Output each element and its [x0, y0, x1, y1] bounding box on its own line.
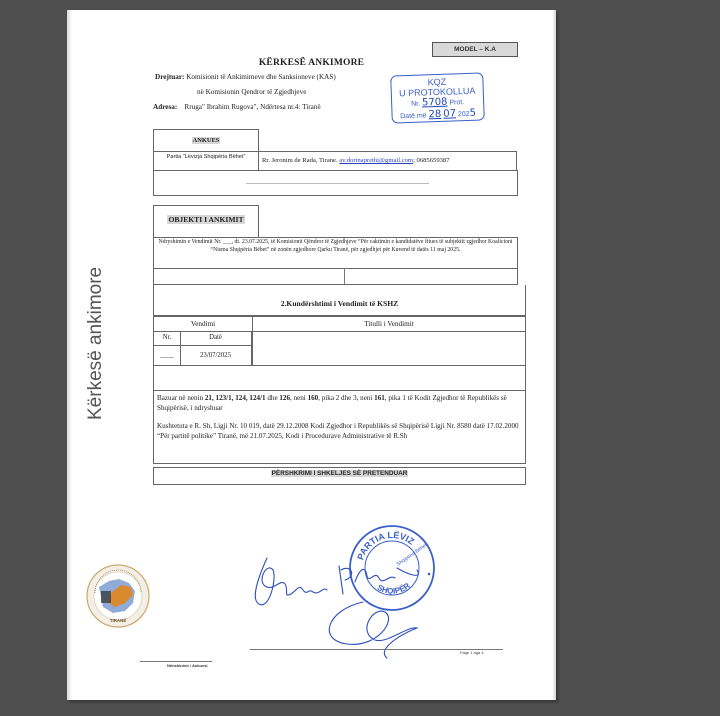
date-header: Datë: [180, 331, 251, 345]
objekti-empty-row: [153, 268, 518, 285]
lb-text: Bazuar në nenin: [157, 394, 205, 402]
lb-text: , pika 2 dhe 3, neni: [318, 394, 374, 402]
nr-value-cell: ____: [153, 346, 181, 366]
date-header-cell: Datë: [180, 331, 252, 346]
stamp-date-label: Datë.më: [400, 112, 427, 120]
lb-articles: 21, 123/1, 124, 124/1: [205, 394, 266, 402]
kqz-logo-icon: TIRANË: [85, 563, 151, 629]
ankues-contact: Rr. Jeronim de Rada, Tirane. av.dorinapr…: [262, 157, 516, 164]
protocol-stamp: KQZ U PROTOKOLLUA Nr. 5708 Prot. Datë.më…: [390, 72, 485, 123]
lb-article: 126: [279, 394, 290, 402]
stamp-date-year: 202: [458, 111, 470, 118]
lb-text: , neni: [290, 394, 308, 402]
pershkrimi-label: PËRSHKRIMI I SHKELJES SË PRETENDUAR: [271, 470, 409, 477]
ankues-contact-cell: Rr. Jeronim de Rada, Tirane. av.dorinapr…: [257, 151, 517, 171]
lb-article: 161: [374, 394, 385, 402]
document-title: KËRKESË ANKIMORE: [67, 58, 556, 68]
stamp-date-day: 28: [428, 109, 441, 120]
page-number: Faqe 1 nga 4: [460, 650, 484, 655]
adresa-label: Adresa:: [153, 103, 177, 111]
ankues-email-link[interactable]: av.dorinaprethi@gmail.com: [339, 157, 413, 164]
adresa-value: Rruga" Ibrahim Rugova", Ndërtesa nr.4: T…: [184, 103, 320, 111]
objekti-text-cell: Ndryshimin e Vendimit Nr. ___, dt. 23.07…: [153, 237, 518, 269]
ankues-label-cell: ANKUES: [153, 129, 259, 152]
legal-basis-p2: Kushtetuta e R. Sh, Ligji Nr. 10 019, da…: [154, 413, 525, 441]
vendimi-header: Vendimi: [154, 317, 252, 331]
titulli-value-cell: [252, 331, 526, 366]
ankues-label: ANKUES: [192, 137, 221, 144]
stamp-nr-label: Nr.: [411, 101, 420, 108]
nr-value: ____: [154, 346, 180, 365]
stamp-date-year-suffix: 5: [469, 108, 476, 119]
nr-header: Nr.: [154, 331, 180, 345]
ankues-party-cell: Partia “Lëvizja Shqipëria Bëhet”: [153, 151, 259, 171]
vendimi-header-cell: Vendimi: [153, 316, 253, 332]
drejtuar-label: Drejtuar:: [155, 73, 184, 81]
ankues-empty-row: [153, 170, 518, 196]
caption-line: [140, 661, 212, 662]
kundershtimi-title-cell: 2.Kundërshtimi i Vendimit të KSHZ: [153, 285, 526, 316]
objekti-label: OBJEKTI I ANKIMIT: [167, 215, 244, 224]
kundershtimi-title: 2.Kundërshtimi i Vendimit të KSHZ: [154, 299, 525, 308]
adresa-row: Adresa: Rruga" Ibrahim Rugova", Ndërtesa…: [153, 103, 321, 111]
date-value: 23/07/2025: [180, 346, 251, 365]
ankues-address: Rr. Jeronim de Rada, Tirane.: [262, 157, 338, 164]
stamp-date-row: Datë.më 28 07 2025: [392, 107, 483, 122]
signature-icon: [247, 540, 467, 660]
date-value-cell: 23/07/2025: [180, 346, 252, 366]
legal-basis-p1: Bazuar në nenin 21, 123/1, 124, 124/1 dh…: [154, 390, 525, 413]
lb-article: 160: [308, 394, 319, 402]
stamp-date-month: 07: [443, 108, 456, 119]
drejtuar-row: Drejtuar: Komisionit të Ankimimeve dhe S…: [155, 73, 336, 81]
titulli-header: Titulli i Vendimit: [253, 317, 525, 331]
ankues-phone: ; 0685659387: [413, 157, 449, 164]
signature-caption: Nënshkrimi / Ankuesi: [167, 663, 208, 668]
pershkrimi-cell: PËRSHKRIMI I SHKELJES SË PRETENDUAR: [153, 467, 526, 485]
document-page: Kërkesë ankimore MODEL – K.A KËRKESË ANK…: [67, 10, 556, 700]
model-label: MODEL – K.A: [432, 42, 518, 57]
stamp-prot-label: Prot.: [449, 99, 464, 107]
titulli-header-cell: Titulli i Vendimit: [252, 316, 526, 332]
drejtuar-line1: Komisionit të Ankimimeve dhe Sanksioneve…: [186, 73, 336, 81]
nr-header-cell: Nr.: [153, 331, 181, 346]
objekti-text: Ndryshimin e Vendimit Nr. ___, dt. 23.07…: [154, 238, 517, 254]
kundershtimi-empty-row: [153, 366, 526, 391]
lb-text: dhe: [266, 394, 280, 402]
drejtuar-line2: në Komisionin Qendror të Zgjedhjeve: [197, 88, 306, 96]
legal-basis-cell: Bazuar në nenin 21, 123/1, 124, 124/1 dh…: [153, 390, 526, 464]
svg-text:TIRANË: TIRANË: [110, 618, 126, 623]
side-label: Kërkesë ankimore: [85, 267, 107, 420]
stamp-nr-value: 5708: [422, 97, 448, 109]
objekti-label-cell: OBJEKTI I ANKIMIT: [153, 205, 259, 238]
ankues-party: Partia “Lëvizja Shqipëria Bëhet”: [154, 154, 258, 161]
